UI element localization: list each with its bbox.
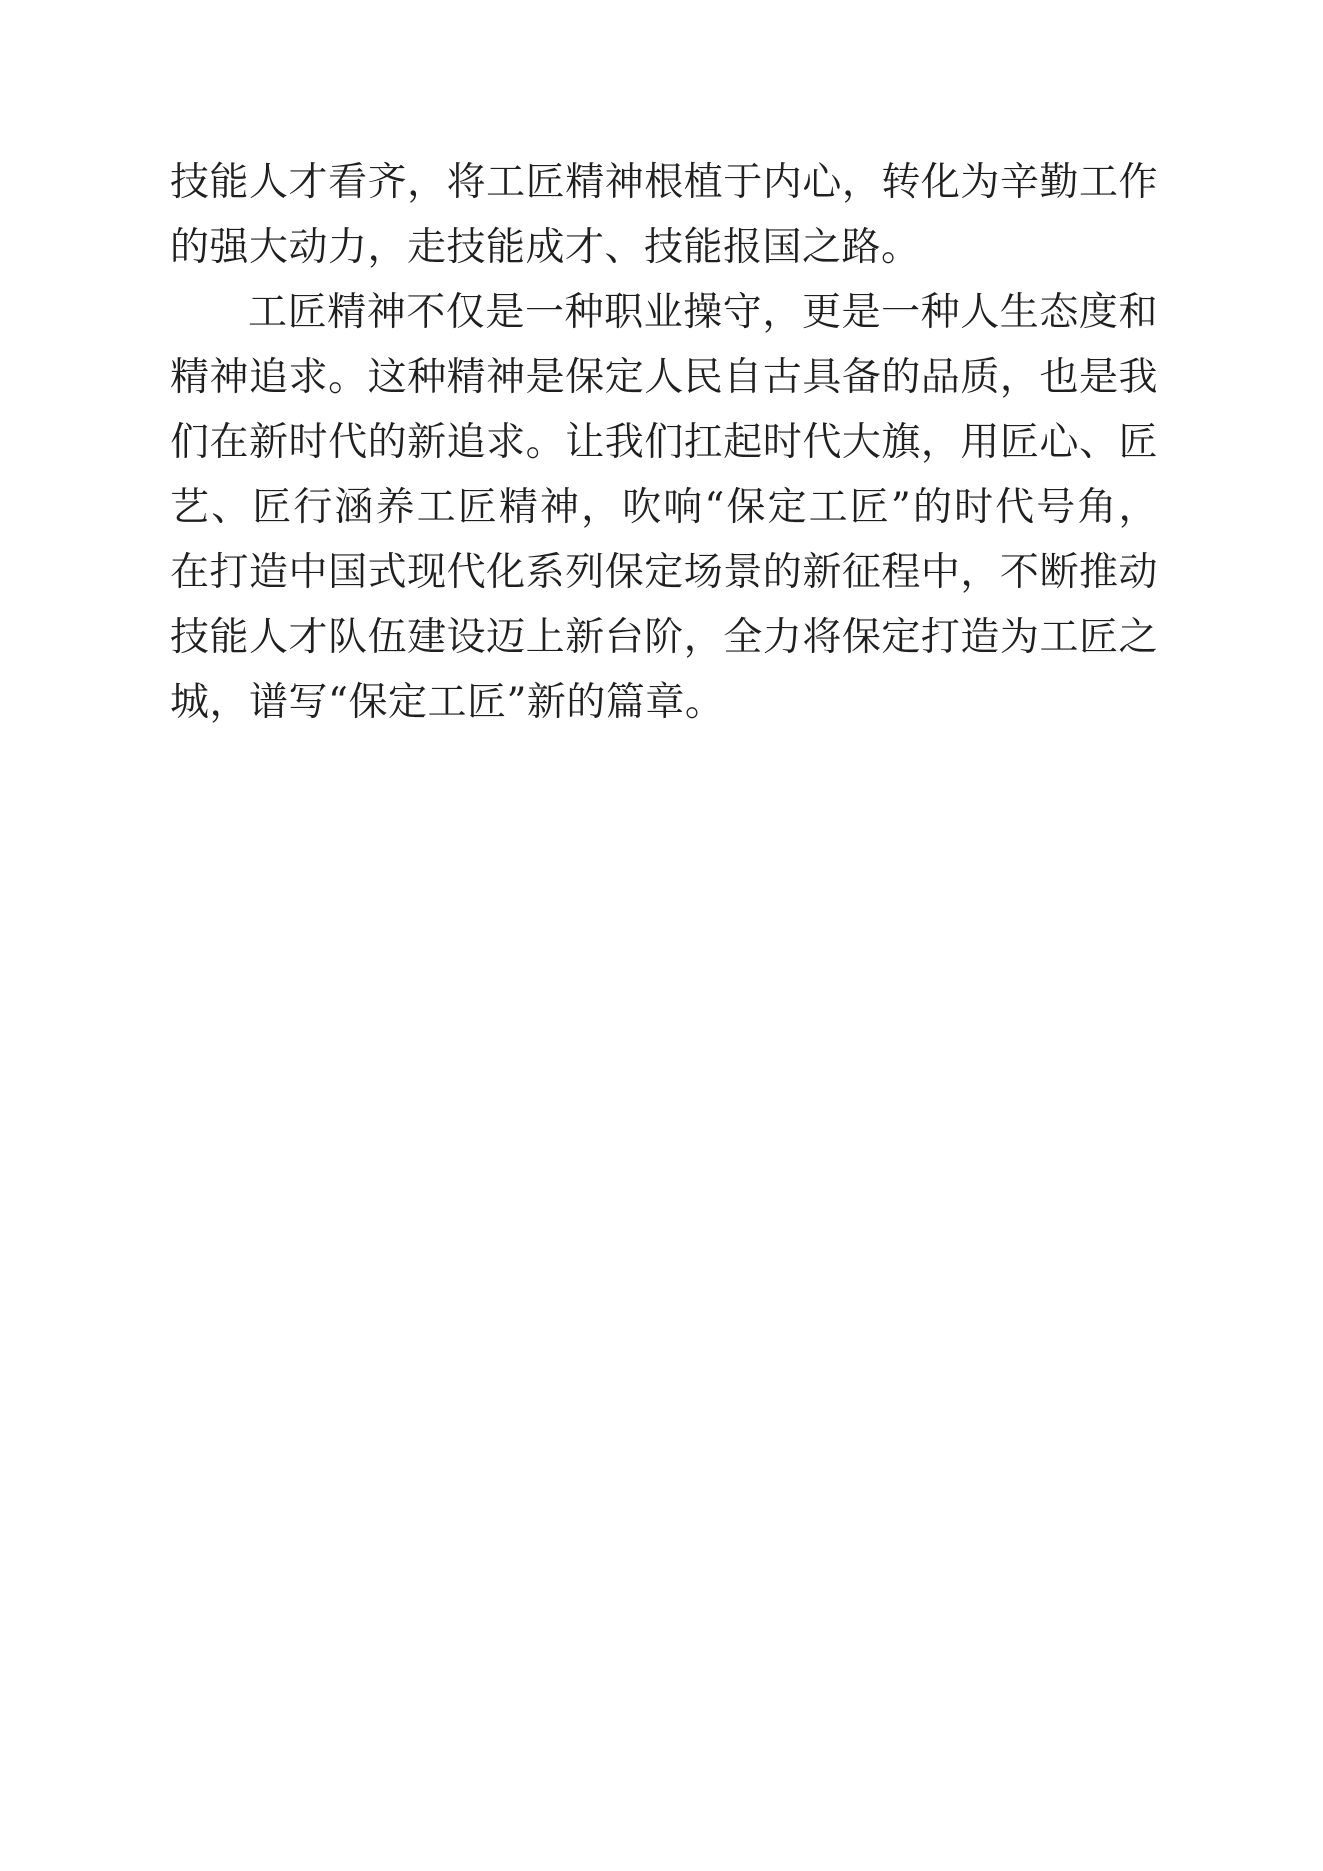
document-content: 技能人才看齐，将工匠精神根植于内心，转化为辛勤工作的强大动力，走技能成才、技能报…: [170, 150, 1158, 735]
paragraph-continuation: 技能人才看齐，将工匠精神根植于内心，转化为辛勤工作的强大动力，走技能成才、技能报…: [170, 150, 1158, 280]
paragraph-body: 工匠精神不仅是一种职业操守，更是一种人生态度和精神追求。这种精神是保定人民自古具…: [170, 280, 1158, 735]
document-page: 技能人才看齐，将工匠精神根植于内心，转化为辛勤工作的强大动力，走技能成才、技能报…: [0, 0, 1323, 1871]
